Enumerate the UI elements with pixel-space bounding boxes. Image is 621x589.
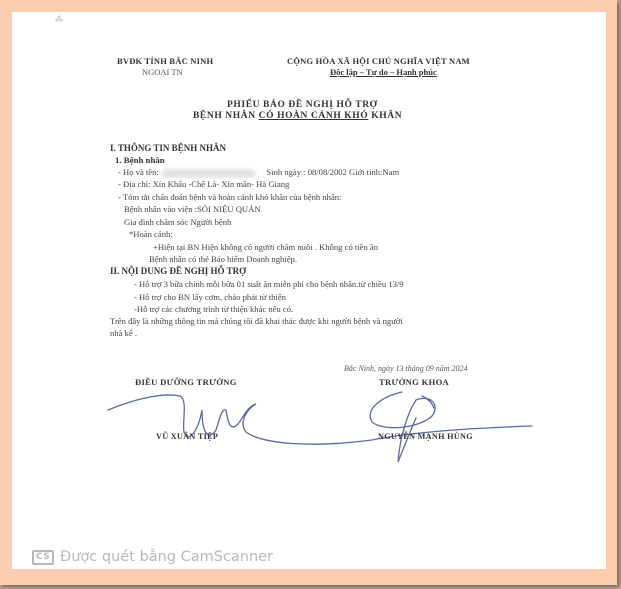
picture-frame: ⁂ BVĐK TỈNH BẮC NINH NGOẠI TN CỘNG HÒA X…: [0, 0, 617, 585]
scanned-document: ⁂ BVĐK TỈNH BẮC NINH NGOẠI TN CỘNG HÒA X…: [12, 12, 606, 569]
handwritten-signatures: [12, 12, 606, 569]
left-signer-name: VŨ XUÂN TIỆP: [156, 432, 218, 441]
camscanner-icon: CS: [32, 550, 54, 565]
watermark-text: Được quét bằng CamScanner: [60, 549, 273, 565]
camscanner-watermark: CS Được quét bằng CamScanner: [32, 549, 273, 565]
right-signer-name: NGUYỄN MẠNH HÙNG: [378, 432, 473, 441]
